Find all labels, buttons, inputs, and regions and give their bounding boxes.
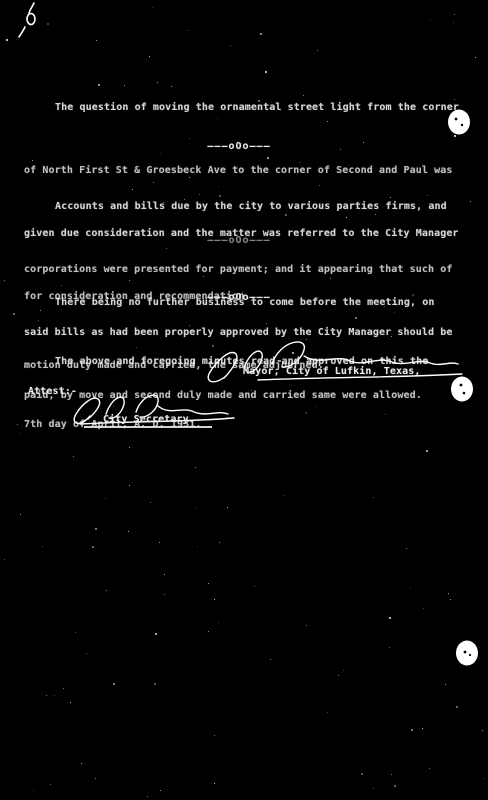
hole-punch-artifact [446,108,472,138]
section-divider: ———oOo——— [24,290,454,306]
minutes-line: The question of moving the ornamental st… [24,97,462,118]
handwritten-page-number [4,0,54,50]
minutes-line: Accounts and bills due by the city to va… [24,196,462,217]
scanned-minutes-page: The question of moving the ornamental st… [0,0,488,800]
section-divider: ———oOo——— [24,233,454,249]
hole-punch-artifact [454,639,480,669]
secretary-underline [84,426,212,428]
hole-punch-artifact [449,375,475,405]
section-divider: ———oOo——— [24,139,454,155]
mayor-title: Mayor, City of Lufkin, Texas, [243,361,421,382]
